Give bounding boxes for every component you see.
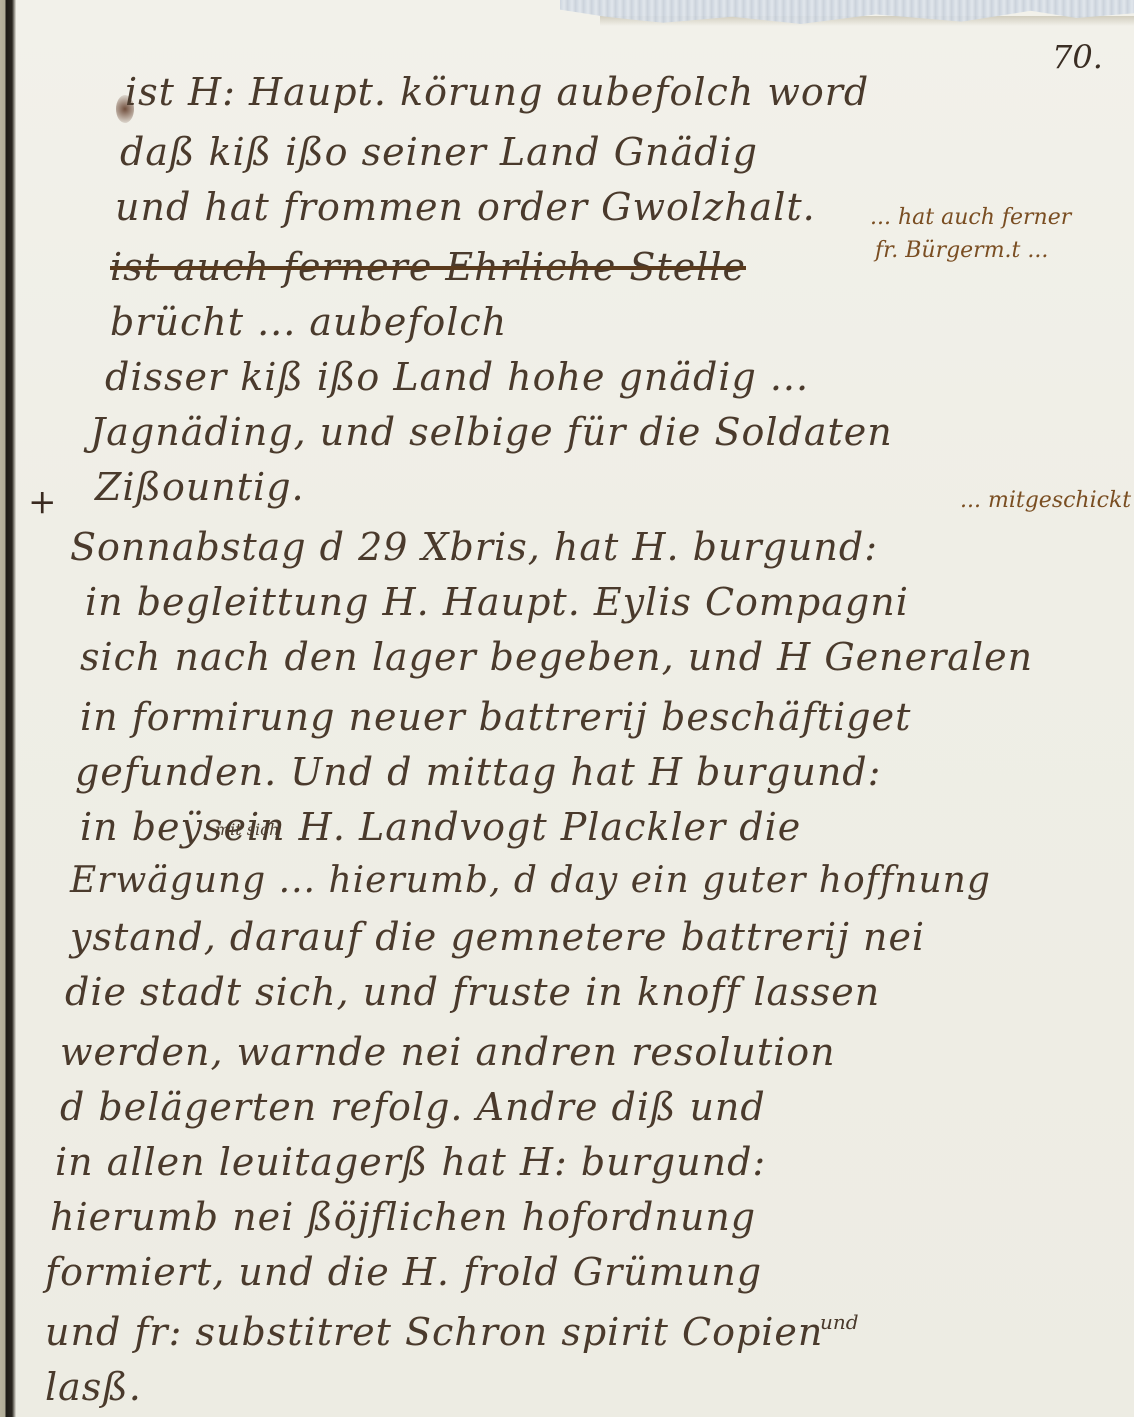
manuscript-line-20: in allen leuitagerß hat H: burgund: [55,1140,766,1184]
manuscript-line-14: in beÿsein H. Landvogt Plackler die [80,805,801,849]
manuscript-line-16: ystand, darauf die gemnetere battrerij n… [70,915,925,959]
manuscript-line-21: hierumb nei ßöjflichen hofordnung [50,1195,756,1239]
manuscript-line-15: Erwägung ... hierumb, d day ein guter ho… [70,860,991,901]
manuscript-line-7: Jagnäding, und selbige für die Soldaten [90,410,893,454]
manuscript-line-18: werden, warnde nei andren resolution [60,1030,836,1074]
manuscript-page: 70. + ist H: Haupt. körung aubefolch wor… [0,0,1134,1417]
manuscript-line-8: Zißountig. [95,465,305,509]
manuscript-line-19: d belägerten refolg. Andre diß und [60,1085,766,1129]
manuscript-line-3: und hat frommen order Gwolzhalt. [115,185,816,229]
margin-annotation-3: ... mitgeschickt [960,488,1131,513]
binding-edge [0,0,16,1417]
manuscript-line-1: ist H: Haupt. körung aubefolch word [125,70,869,114]
manuscript-line-13: gefunden. Und d mittag hat H burgund: [75,750,881,794]
manuscript-line-4: ist auch fernere Ehrliche Stelle [110,245,746,289]
manuscript-line-23: und fr: substitret Schron spirit Copien [45,1310,823,1354]
manuscript-line-11: sich nach den lager begeben, und H Gener… [80,635,1033,679]
manuscript-line-24: lasß. [45,1365,142,1409]
margin-mark: + [28,482,57,522]
margin-annotation-1: ... hat auch ferner [870,205,1071,230]
manuscript-line-10: in begleittung H. Haupt. Eylis Compagni [85,580,909,624]
page-number: 70. [1052,38,1103,76]
manuscript-line-5: brücht ... aubefolch [110,300,507,344]
manuscript-line-17: die stadt sich, und fruste in knoff lass… [65,970,880,1014]
margin-annotation-5: und [820,1310,859,1334]
margin-annotation-2: fr. Bürgerm.t ... [875,238,1048,263]
manuscript-line-6: disser kiß ißo Land hohe gnädig ... [105,355,809,399]
manuscript-line-2: daß kiß ißo seiner Land Gnädig [120,130,758,174]
margin-annotation-4: mit sich [215,820,279,839]
manuscript-line-9: Sonnabstag d 29 Xbris, hat H. burgund: [70,525,878,569]
manuscript-line-22: formiert, und die H. frold Grümung [45,1250,762,1294]
manuscript-line-12: in formirung neuer battrerij beschäftige… [80,695,911,739]
